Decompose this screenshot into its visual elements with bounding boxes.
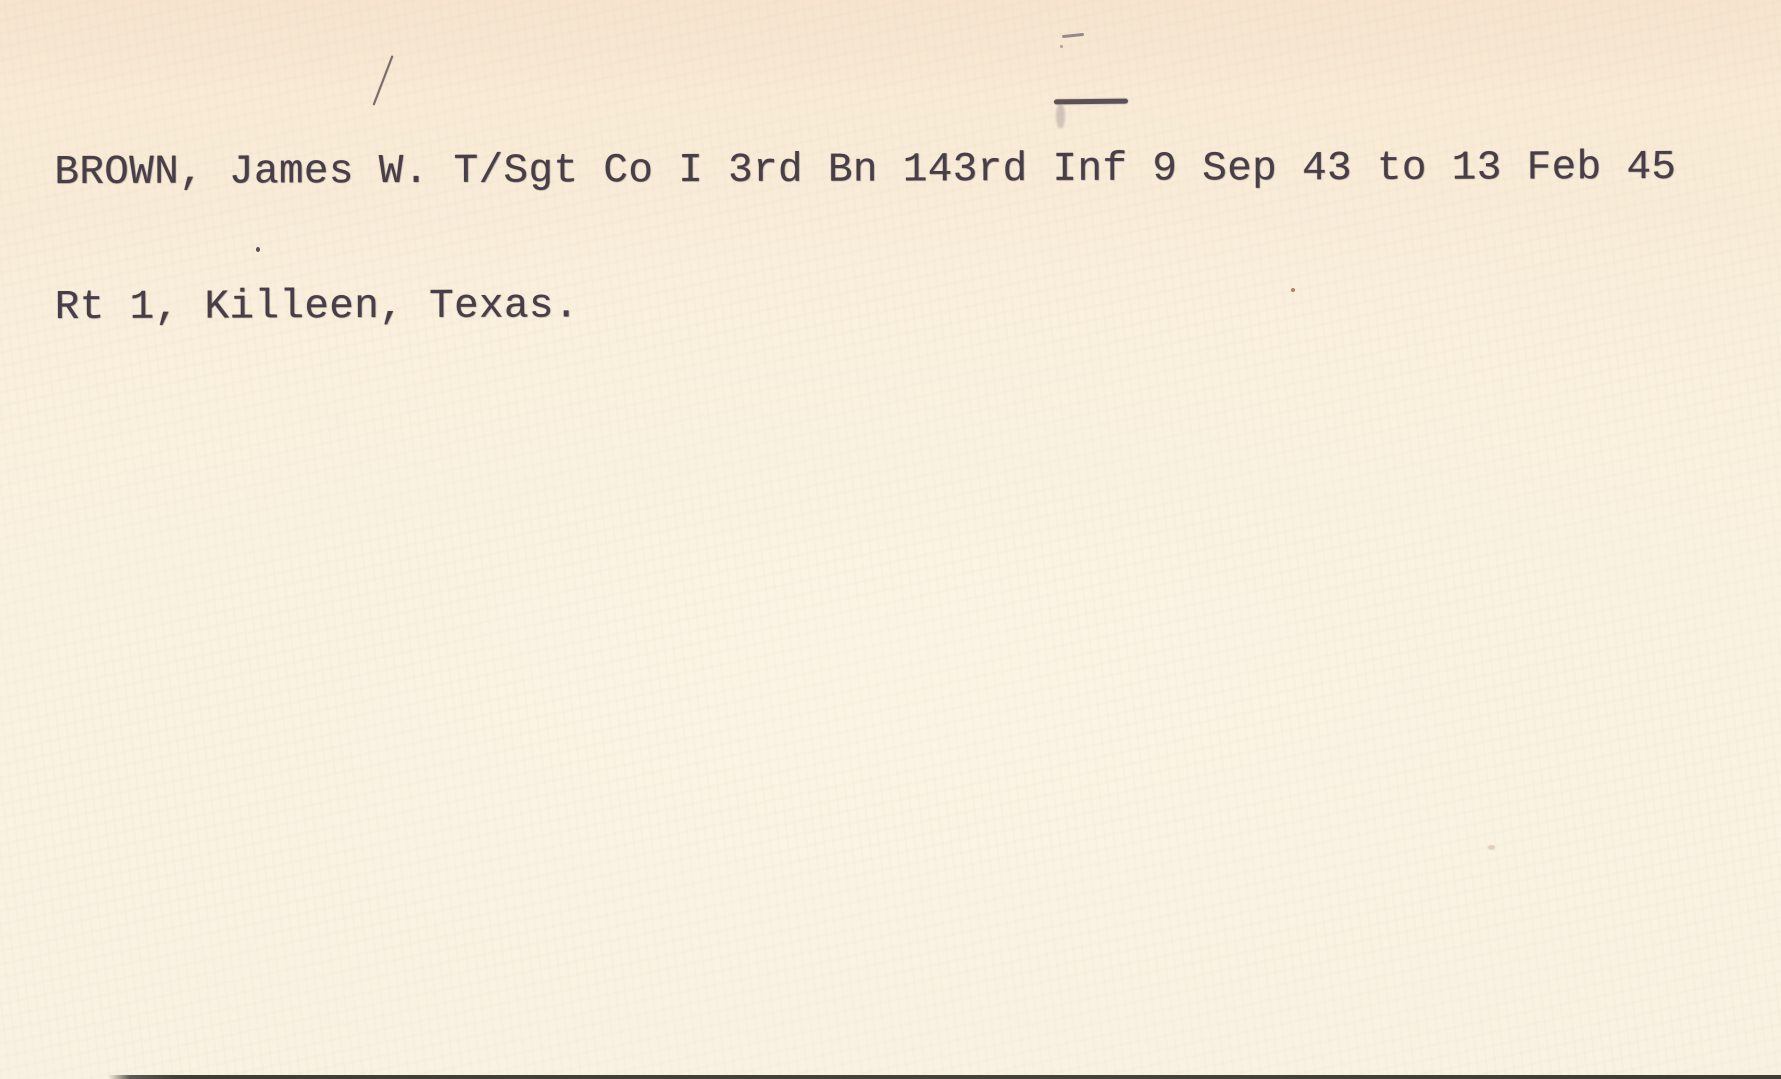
service-record-line: BROWN, James W. T/Sgt Co I 3rd Bn 143rd … [54, 146, 1676, 196]
paper-speck-faint [1488, 845, 1495, 850]
typed-text-block: BROWN, James W. T/Sgt Co I 3rd Bn 143rd … [54, 56, 1677, 421]
address-line: Rt 1, Killeen, Texas. [55, 281, 1677, 331]
scan-edge-strip [108, 1075, 1781, 1079]
pencil-dash-mark [1062, 33, 1084, 38]
pencil-dot-mark [1060, 45, 1063, 48]
index-card: BROWN, James W. T/Sgt Co I 3rd Bn 143rd … [0, 0, 1781, 1079]
